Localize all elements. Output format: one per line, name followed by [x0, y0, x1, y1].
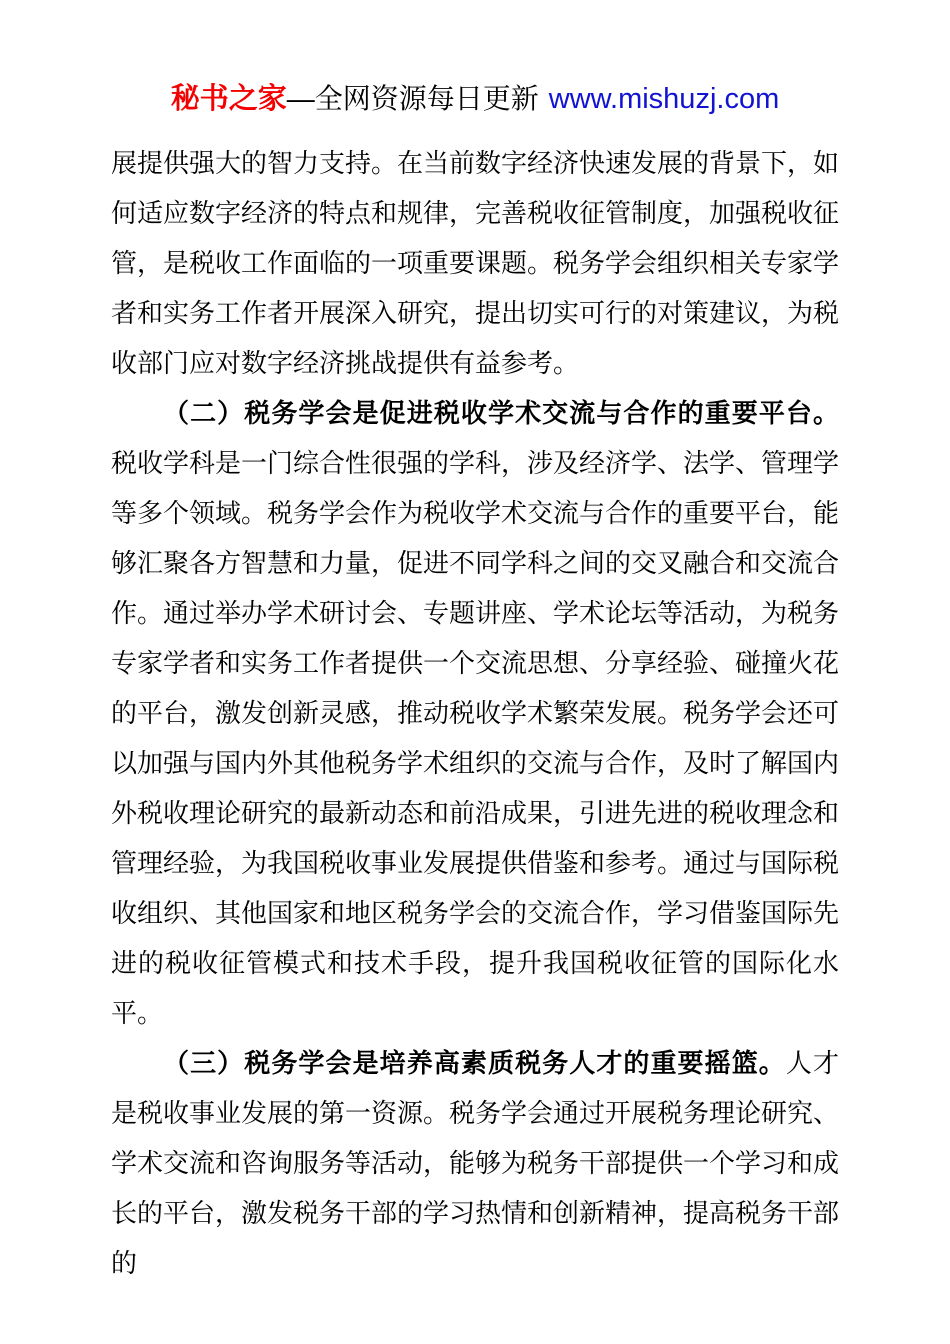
paragraph-text: 展提供强大的智力支持。在当前数字经济快速发展的背景下，如何适应数字经济的特点和规…: [111, 148, 839, 378]
paragraph-heading: （三）税务学会是培养高素质税务人才的重要摇篮。: [163, 1048, 786, 1078]
paragraph-continuation: 展提供强大的智力支持。在当前数字经济快速发展的背景下，如何适应数字经济的特点和规…: [111, 138, 839, 388]
brand-text: 秘书之家: [171, 83, 287, 115]
brand-tagline: —全网资源每日更新: [287, 83, 539, 114]
site-url-link[interactable]: www.mishuzj.com: [549, 83, 779, 115]
document-page: 秘书之家—全网资源每日更新www.mishuzj.com 展提供强大的智力支持。…: [0, 0, 950, 1344]
paragraph-section-3: （三）税务学会是培养高素质税务人才的重要摇篮。人才是税收事业发展的第一资源。税务…: [111, 1038, 839, 1288]
paragraph-heading: （二）税务学会是促进税收学术交流与合作的重要平台。: [163, 398, 839, 428]
paragraph-text: 税收学科是一门综合性很强的学科，涉及经济学、法学、管理学等多个领域。税务学会作为…: [111, 448, 839, 1028]
page-header: 秘书之家—全网资源每日更新www.mishuzj.com: [0, 0, 950, 118]
document-content: 展提供强大的智力支持。在当前数字经济快速发展的背景下，如何适应数字经济的特点和规…: [111, 138, 839, 1288]
paragraph-text: 人才是税收事业发展的第一资源。税务学会通过开展税务理论研究、学术交流和咨询服务等…: [111, 1048, 839, 1278]
paragraph-section-2: （二）税务学会是促进税收学术交流与合作的重要平台。税收学科是一门综合性很强的学科…: [111, 388, 839, 1038]
